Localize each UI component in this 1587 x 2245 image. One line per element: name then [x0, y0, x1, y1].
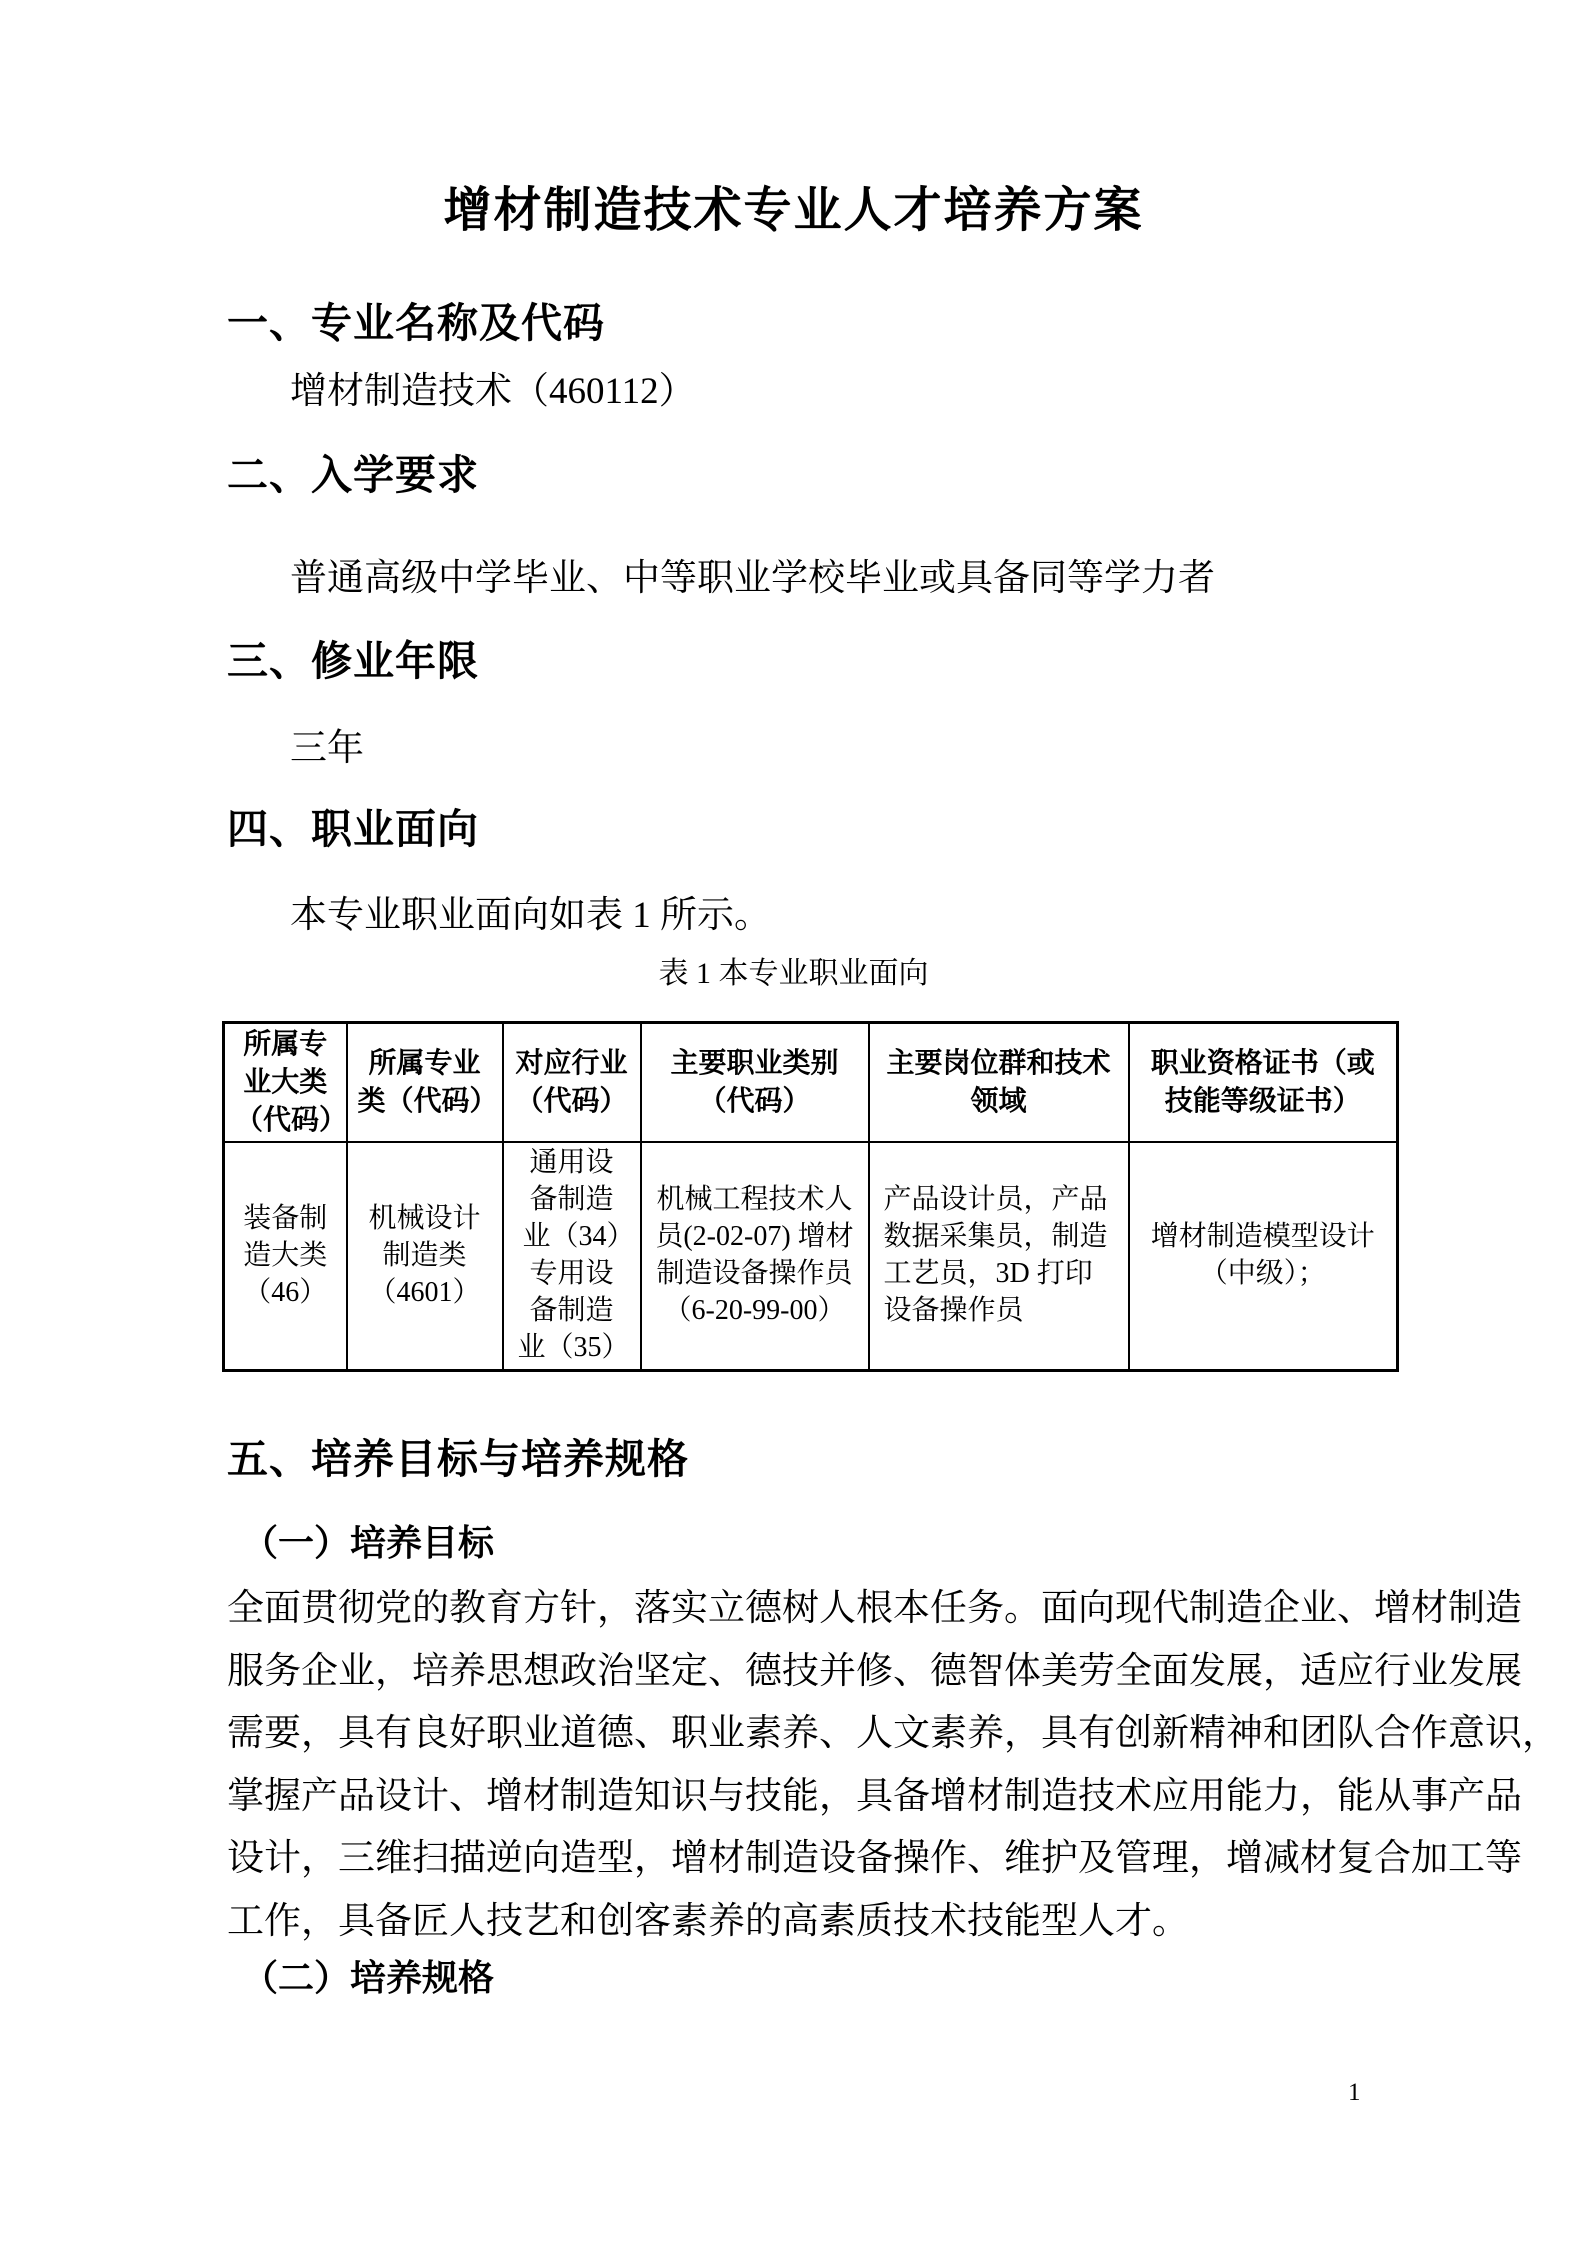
section-3-body: 三年 — [290, 727, 364, 771]
cell-major-category: 装备制造大类（46） — [224, 1142, 347, 1370]
table-row: 装备制造大类（46） 机械设计制造类（4601） 通用设备制造业（34）专用设备… — [224, 1142, 1398, 1370]
section-5-heading: 五、培养目标与培养规格 — [227, 1436, 689, 1483]
col-header-industry: 对应行业（代码） — [503, 1023, 641, 1143]
subsection-2-heading: （二）培养规格 — [242, 1956, 494, 1999]
paragraph-line: 需要，具有良好职业道德、职业素养、人文素养，具有创新精神和团队合作意识， — [227, 1703, 1427, 1766]
section-1-body: 增材制造技术（460112） — [290, 370, 696, 414]
col-header-major-class: 所属专业类（代码） — [347, 1023, 503, 1143]
cell-occupation-category: 机械工程技术人员(2-02-07) 增材制造设备操作员 （6-20-99-00） — [641, 1142, 869, 1370]
paragraph-line: 掌握产品设计、增材制造知识与技能，具备增材制造技术应用能力，能从事产品 — [227, 1766, 1427, 1829]
section-1-heading: 一、专业名称及代码 — [227, 300, 605, 347]
section-4-body: 本专业职业面向如表 1 所示。 — [290, 894, 771, 938]
section-2-heading: 二、入学要求 — [227, 452, 479, 499]
cell-industry: 通用设备制造业（34）专用设备制造业（35） — [503, 1142, 641, 1370]
table-caption: 表 1 本专业职业面向 — [0, 956, 1587, 992]
training-objective-paragraph: 全面贯彻党的教育方针，落实立德树人根本任务。面向现代制造企业、增材制造 服务企业… — [227, 1578, 1427, 1953]
cell-post-group: 产品设计员，产品数据采集员，制造工艺员，3D 打印设备操作员 — [869, 1142, 1129, 1370]
paragraph-line: 工作，具备匠人技艺和创客素养的高素质技术技能型人才。 — [227, 1891, 1427, 1954]
col-header-major-category: 所属专业大类（代码） — [224, 1023, 347, 1143]
cell-certificate: 增材制造模型设计（中级）； — [1129, 1142, 1398, 1370]
col-header-certificate: 职业资格证书（或技能等级证书） — [1129, 1023, 1398, 1143]
career-orientation-table: 所属专业大类（代码） 所属专业类（代码） 对应行业（代码） 主要职业类别（代码）… — [222, 1021, 1399, 1372]
document-page: 增材制造技术专业人才培养方案 一、专业名称及代码 增材制造技术（460112） … — [0, 0, 1587, 2245]
page-title: 增材制造技术专业人才培养方案 — [0, 183, 1587, 238]
paragraph-line: 服务企业，培养思想政治坚定、德技并修、德智体美劳全面发展，适应行业发展 — [227, 1641, 1427, 1704]
col-header-post-group: 主要岗位群和技术领域 — [869, 1023, 1129, 1143]
col-header-occupation-category: 主要职业类别（代码） — [641, 1023, 869, 1143]
section-3-heading: 三、修业年限 — [227, 638, 479, 685]
section-2-body: 普通高级中学毕业、中等职业学校毕业或具备同等学力者 — [290, 557, 1215, 601]
paragraph-line: 全面贯彻党的教育方针，落实立德树人根本任务。面向现代制造企业、增材制造 — [227, 1578, 1427, 1641]
section-4-heading: 四、职业面向 — [227, 806, 479, 853]
table-header-row: 所属专业大类（代码） 所属专业类（代码） 对应行业（代码） 主要职业类别（代码）… — [224, 1023, 1398, 1143]
subsection-1-heading: （一）培养目标 — [242, 1521, 494, 1564]
page-number: 1 — [1348, 2078, 1361, 2108]
cell-major-class: 机械设计制造类（4601） — [347, 1142, 503, 1370]
paragraph-line: 设计，三维扫描逆向造型，增材制造设备操作、维护及管理，增减材复合加工等 — [227, 1828, 1427, 1891]
